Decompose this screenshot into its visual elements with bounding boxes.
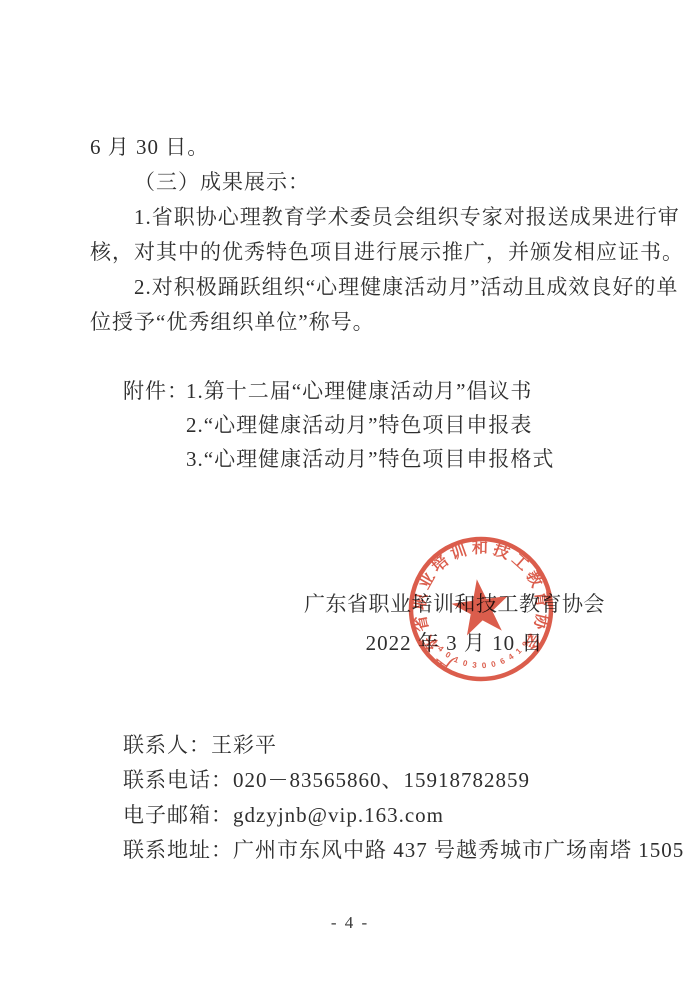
body-line: 位授予“优秀组织单位”称号。 <box>90 305 612 340</box>
body-line: 核，对其中的优秀特色项目进行展示推广，并颁发相应证书。 <box>90 235 612 270</box>
attachment-item: 3.“心理健康活动月”特色项目申报格式 <box>186 442 554 476</box>
contact-person: 联系人：王彩平 <box>123 728 684 763</box>
body-text: 6 月 30 日。 （三）成果展示： 1.省职协心理教育学术委员会组织专家对报送… <box>90 130 612 340</box>
signature-organization: 广东省职业培训和技工教育协会 <box>304 585 605 624</box>
document-page: 6 月 30 日。 （三）成果展示： 1.省职协心理教育学术委员会组织专家对报送… <box>0 0 700 990</box>
body-line: （三）成果展示： <box>90 165 612 200</box>
contact-address: 联系地址：广州市东风中路 437 号越秀城市广场南塔 1505 <box>123 833 684 868</box>
signature-date: 2022 年 3 月 10 日 <box>304 624 605 663</box>
contact-info: 联系人：王彩平 联系电话：020－83565860、15918782859 电子… <box>123 728 684 868</box>
attachments-list: 附件： 1.第十二届“心理健康活动月”倡议书 2.“心理健康活动月”特色项目申报… <box>123 374 554 476</box>
body-line: 1.省职协心理教育学术委员会组织专家对报送成果进行审 <box>90 200 612 235</box>
attachment-item: 1.第十二届“心理健康活动月”倡议书 <box>186 374 554 408</box>
contact-phone: 联系电话：020－83565860、15918782859 <box>123 763 684 798</box>
signature-block: 广东省职业培训和技工教育协会 2022 年 3 月 10 日 <box>304 585 605 663</box>
body-line: 6 月 30 日。 <box>90 130 612 165</box>
attachment-item: 2.“心理健康活动月”特色项目申报表 <box>186 408 554 442</box>
body-line: 2.对积极踊跃组织“心理健康活动月”活动且成效良好的单 <box>90 270 612 305</box>
page-number: - 4 - <box>0 913 700 933</box>
attachments-label: 附件： <box>123 374 189 408</box>
contact-email: 电子邮箱：gdzyjnb@vip.163.com <box>123 798 684 833</box>
